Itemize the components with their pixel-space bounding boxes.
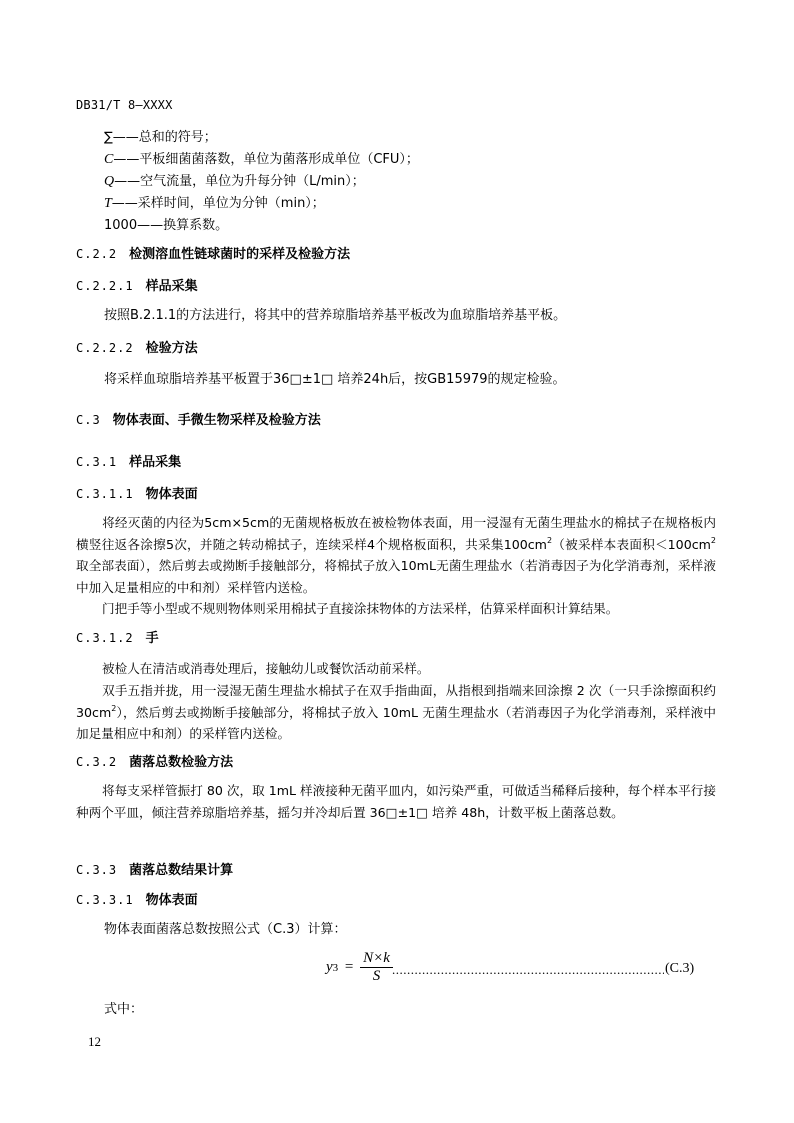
legend-desc: ——空气流量，单位为升每分钟（L/min）； [114, 174, 365, 189]
paragraph-surface-sampling: 将经灭菌的内径为5cm×5cm的无菌规格板放在被检物体表面，用一浸湿有无菌生理盐… [76, 512, 716, 598]
legend-symbol: ∑ [104, 130, 113, 145]
heading-c-3-1: C.3.1样品采集 [76, 454, 181, 471]
section-title: 样品采集 [129, 455, 181, 470]
text-run: 门把手等小型或不规则物体则采用棉拭子直接涂抹物体的方法采样，估算采样面积计算结果… [102, 601, 618, 616]
formula-lhs: y [326, 959, 333, 975]
paragraph-c-2-2-1: 按照B.2.1.1的方法进行，将其中的营养琼脂培养基平板改为血琼脂培养基平板。 [104, 308, 566, 324]
section-title: 物体表面 [146, 893, 198, 908]
section-title: 物体表面 [146, 487, 198, 502]
formula-equals: = [345, 959, 353, 975]
section-number: C.3.1.1 [76, 487, 134, 501]
formula-numerator: N×k [360, 950, 393, 968]
text-run: 将每支采样管振打 80 次，取 1mL 样液接种无菌平皿内，如污染严重，可做适当… [76, 783, 716, 820]
section-number: C.2.2.1 [76, 279, 134, 293]
legend-item-c: C——平板细菌菌落数，单位为菌落形成单位（CFU）； [104, 152, 419, 168]
legend-desc: ——采样时间，单位为分钟（min）； [112, 196, 325, 211]
section-title: 检验方法 [146, 341, 198, 356]
section-title: 手 [146, 631, 159, 646]
legend-item-t: T——采样时间，单位为分钟（min）； [104, 196, 325, 212]
legend-desc: ——总和的符号； [113, 130, 217, 145]
section-number: C.2.2 [76, 247, 117, 261]
legend-symbol: 1000 [104, 218, 137, 233]
text-run: ），然后剪去或拗断手接触部分，将棉拭子放入 10mL 无菌生理盐水（若消毒因子为… [76, 705, 716, 742]
legend-desc: ——平板细菌菌落数，单位为菌落形成单位（CFU）； [113, 152, 419, 167]
paragraph-hand-sampling: 双手五指并拢，用一浸湿无菌生理盐水棉拭子在双手指曲面，从指根到指端来回涂擦 2 … [76, 680, 716, 745]
section-number: C.3.2 [76, 755, 117, 769]
section-number: C.3.1 [76, 455, 117, 469]
heading-c-3-1-2: C.3.1.2手 [76, 630, 159, 647]
paragraph-hand-precondition: 被检人在清洁或消毒处理后，接触幼儿或餐饮活动前采样。 [76, 658, 716, 680]
text-run: 被检人在清洁或消毒处理后，接触幼儿或餐饮活动前采样。 [102, 661, 429, 676]
section-number: C.3.1.2 [76, 631, 134, 645]
section-number: C.3.3 [76, 863, 117, 877]
legend-symbol: C [104, 152, 113, 167]
heading-c-2-2-2: C.2.2.2检验方法 [76, 340, 198, 357]
section-title: 菌落总数检验方法 [129, 755, 233, 770]
paragraph-c-2-2-2: 将采样血琼脂培养基平板置于36□±1□ 培养24h后，按GB15979的规定检验… [104, 372, 566, 388]
formula-label: (C.3) [665, 961, 694, 977]
heading-c-3: C.3物体表面、手微生物采样及检验方法 [76, 412, 321, 429]
section-number: C.3 [76, 413, 101, 427]
section-title: 菌落总数结果计算 [129, 863, 233, 878]
section-title: 检测溶血性链球菌时的采样及检验方法 [129, 247, 350, 262]
section-title: 物体表面、手微生物采样及检验方法 [113, 413, 321, 428]
text-run: （被采样本表面积＜100cm [552, 537, 711, 552]
section-number: C.2.2.2 [76, 341, 134, 355]
heading-c-3-3: C.3.3菌落总数结果计算 [76, 862, 233, 879]
legend-symbol: Q [104, 174, 114, 189]
page-number: 12 [88, 1034, 101, 1050]
legend-symbol: T [104, 196, 112, 211]
paragraph-formula-intro: 物体表面菌落总数按照公式（C.3）计算： [104, 922, 346, 938]
paragraph-colony-count-method: 将每支采样管振打 80 次，取 1mL 样液接种无菌平皿内，如污染严重，可做适当… [76, 780, 716, 823]
formula-denominator: S [360, 968, 393, 985]
legend-item-sum: ∑——总和的符号； [104, 130, 217, 146]
legend-desc: ——换算系数。 [137, 218, 228, 233]
heading-c-2-2: C.2.2检测溶血性链球菌时的采样及检验方法 [76, 246, 350, 263]
text-run: 取全部表面），然后剪去或拗断手接触部分，将棉拭子放入10mL无菌生理盐水（若消毒… [76, 558, 716, 595]
section-title: 样品采集 [146, 279, 198, 294]
paragraph-irregular-objects: 门把手等小型或不规则物体则采用棉拭子直接涂抹物体的方法采样，估算采样面积计算结果… [76, 598, 716, 620]
document-id-header: DB31/T 8—XXXX [76, 98, 173, 112]
heading-c-3-3-1: C.3.3.1物体表面 [76, 892, 198, 909]
formula-leader-dots: ........................................… [392, 962, 664, 978]
heading-c-2-2-1: C.2.2.1样品采集 [76, 278, 198, 295]
legend-item-q: Q——空气流量，单位为升每分钟（L/min）； [104, 174, 365, 190]
heading-c-3-2: C.3.2菌落总数检验方法 [76, 754, 233, 771]
legend-item-factor: 1000——换算系数。 [104, 218, 228, 234]
section-number: C.3.3.1 [76, 893, 134, 907]
heading-c-3-1-1: C.3.1.1物体表面 [76, 486, 198, 503]
formula-c-3: y3 = N×k S [326, 950, 393, 985]
formula-fraction: N×k S [360, 950, 393, 985]
formula-lhs-subscript: 3 [333, 962, 339, 974]
superscript: 2 [711, 536, 716, 545]
where-label: 式中： [104, 1002, 143, 1018]
